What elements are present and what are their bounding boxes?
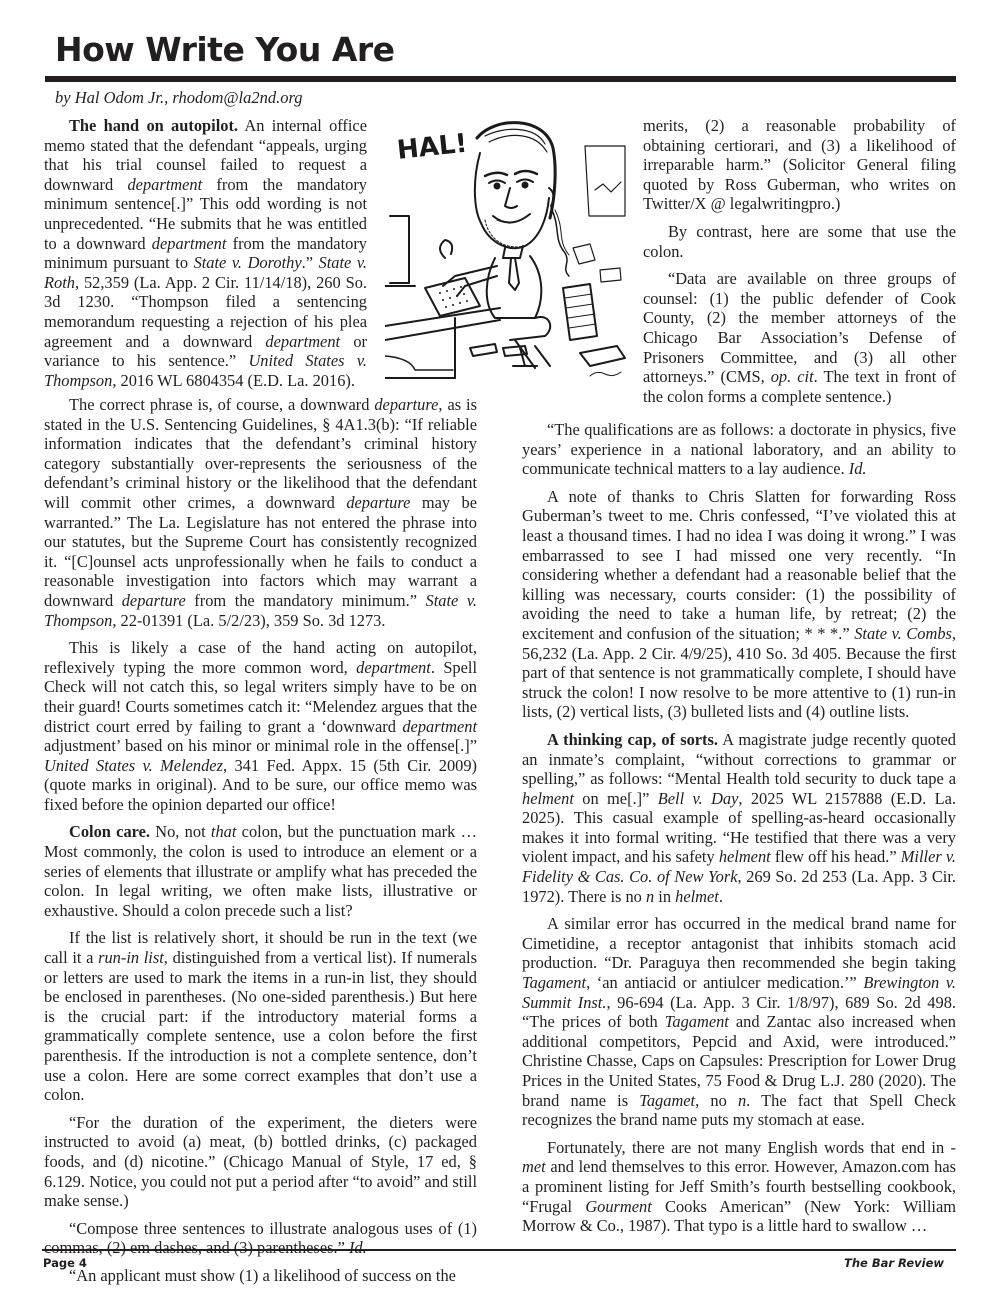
footer-rule xyxy=(42,1249,956,1251)
column-top-right: merits, (2) a reasonable probability of … xyxy=(643,116,956,414)
paragraph: A similar error has occurred in the medi… xyxy=(522,914,956,1130)
paragraph: Colon care. No, not that colon, but the … xyxy=(44,822,477,920)
paragraph: Fortunately, there are not many English … xyxy=(522,1138,956,1236)
paragraph: The hand on autopilot. An internal offic… xyxy=(44,116,367,390)
paragraph: A thinking cap, of sorts. A magistrate j… xyxy=(522,730,956,906)
paragraph: “Compose three sentences to illustrate a… xyxy=(44,1219,477,1258)
section-heading-autopilot: The hand on autopilot. xyxy=(69,116,238,135)
author-caricature-illustration: HAL! xyxy=(385,108,630,390)
column-right: “The qualifications are as follows: a do… xyxy=(522,420,956,1244)
paragraph: “Data are available on three groups of c… xyxy=(643,269,956,406)
byline: by Hal Odom Jr., rhodom@la2nd.org xyxy=(55,88,303,108)
paragraph: A note of thanks to Chris Slatten for fo… xyxy=(522,487,956,722)
paragraph: “For the duration of the experiment, the… xyxy=(44,1113,477,1211)
header-rule xyxy=(45,76,956,82)
section-heading-thinking-cap: A thinking cap, of sorts. xyxy=(547,730,718,749)
publication-name: The Bar Review xyxy=(844,1256,944,1270)
article-title: How Write You Are xyxy=(55,30,395,69)
paragraph: By contrast, here are some that use the … xyxy=(643,222,956,261)
paragraph: If the list is relatively short, it shou… xyxy=(44,928,477,1104)
column-left: The correct phrase is, of course, a down… xyxy=(44,395,477,1294)
paragraph: The correct phrase is, of course, a down… xyxy=(44,395,477,630)
paragraph: merits, (2) a reasonable probability of … xyxy=(643,116,956,214)
paragraph: “An applicant must show (1) a likelihood… xyxy=(44,1266,477,1286)
svg-text:HAL!: HAL! xyxy=(396,129,469,166)
column-top-left: The hand on autopilot. An internal offic… xyxy=(44,116,367,398)
section-heading-colon: Colon care. xyxy=(69,822,150,841)
page-number: Page 4 xyxy=(43,1256,87,1270)
paragraph: This is likely a case of the hand acting… xyxy=(44,638,477,814)
paragraph: “The qualifications are as follows: a do… xyxy=(522,420,956,479)
